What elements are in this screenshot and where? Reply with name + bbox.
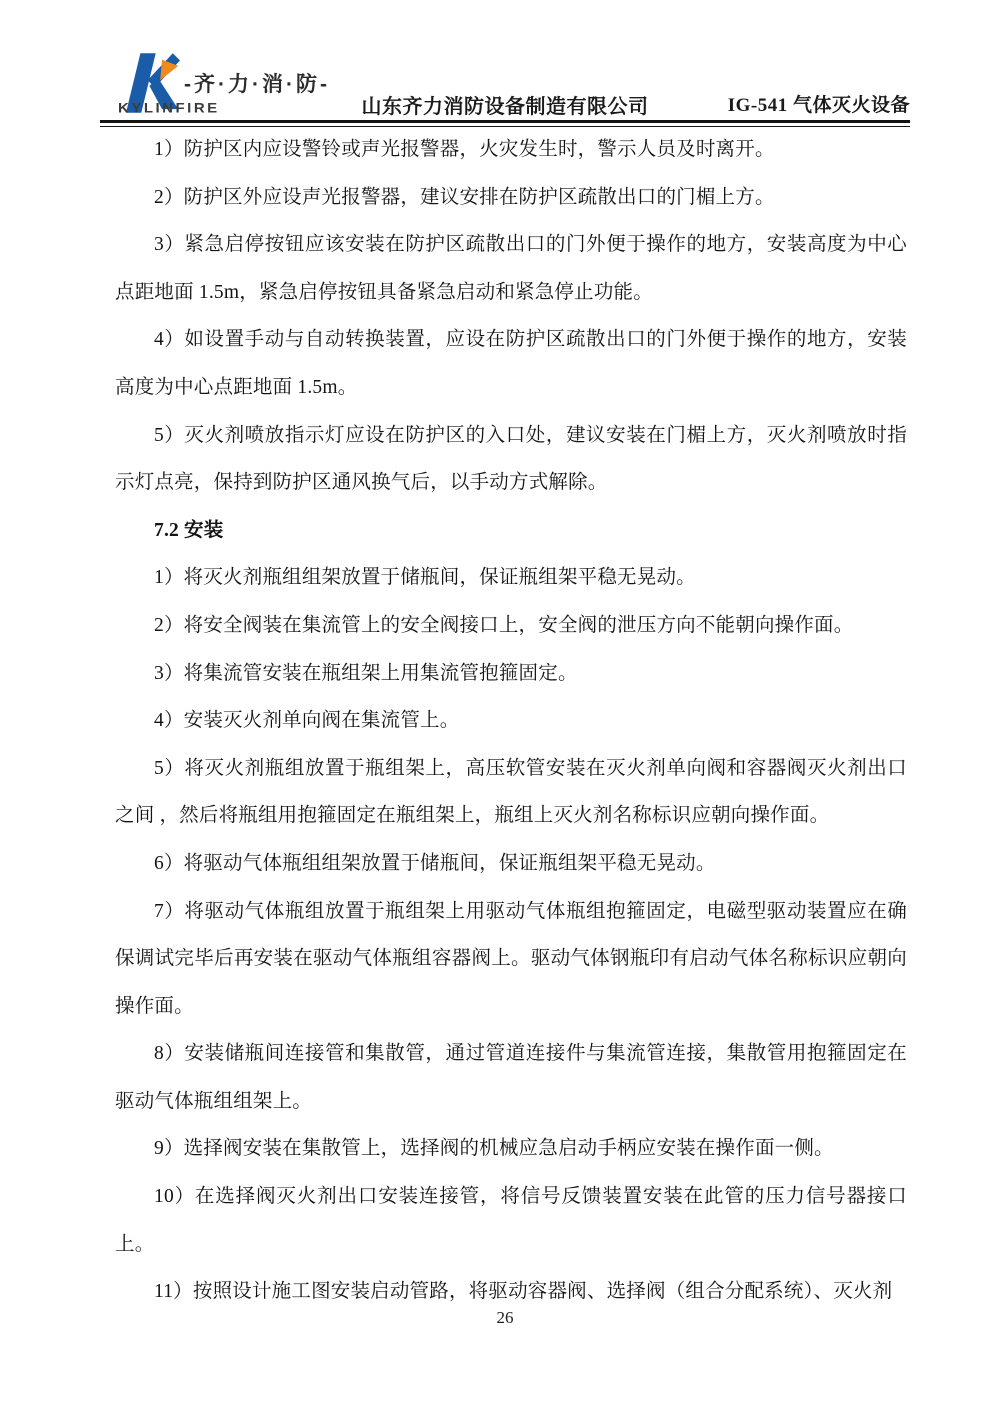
paragraph: 7）将驱动气体瓶组放置于瓶组架上用驱动气体瓶组抱箍固定，电磁型驱动装置应在确保调… xyxy=(115,888,907,1031)
paragraph: 4）安装灭火剂单向阀在集流管上。 xyxy=(115,697,907,745)
document-page: -齐·力·消·防- KYLINFIRE 山东齐力消防设备制造有限公司 IG-54… xyxy=(0,0,1000,1414)
paragraph: 3）紧急启停按钮应该安装在防护区疏散出口的门外便于操作的地方，安装高度为中心点距… xyxy=(115,221,907,316)
page-header: -齐·力·消·防- KYLINFIRE 山东齐力消防设备制造有限公司 IG-54… xyxy=(100,38,910,124)
document-body: 1）防护区内应设警铃或声光报警器，火灾发生时，警示人员及时离开。2）防护区外应设… xyxy=(115,126,907,1316)
paragraph: 2）将安全阀装在集流管上的安全阀接口上，安全阀的泄压方向不能朝向操作面。 xyxy=(115,602,907,650)
paragraph: 5）灭火剂喷放指示灯应设在防护区的入口处，建议安装在门楣上方，灭火剂喷放时指示灯… xyxy=(115,412,907,507)
page-footer: 26 xyxy=(100,1308,910,1328)
paragraph: 5）将灭火剂瓶组放置于瓶组架上，高压软管安装在灭火剂单向阀和容器阀灭火剂出口之间… xyxy=(115,745,907,840)
paragraph: 3）将集流管安装在瓶组架上用集流管抱箍固定。 xyxy=(115,650,907,698)
section-heading: 7.2 安装 xyxy=(115,507,907,555)
paragraph: 8）安装储瓶间连接管和集散管，通过管道连接件与集流管连接，集散管用抱箍固定在驱动… xyxy=(115,1030,907,1125)
paragraph: 1）防护区内应设警铃或声光报警器，火灾发生时，警示人员及时离开。 xyxy=(115,126,907,174)
paragraph: 6）将驱动气体瓶组组架放置于储瓶间，保证瓶组架平稳无晃动。 xyxy=(115,840,907,888)
paragraph: 4）如设置手动与自动转换装置，应设在防护区疏散出口的门外便于操作的地方，安装高度… xyxy=(115,316,907,411)
document-title: IG-541 气体灭火设备 xyxy=(728,90,910,117)
paragraph: 10）在选择阀灭火剂出口安装连接管，将信号反馈装置安装在此管的压力信号器接口上。 xyxy=(115,1173,907,1268)
paragraph: 1）将灭火剂瓶组组架放置于储瓶间，保证瓶组架平稳无晃动。 xyxy=(115,554,907,602)
page-number: 26 xyxy=(497,1308,514,1327)
paragraph: 9）选择阀安装在集散管上，选择阀的机械应急启动手柄应安装在操作面一侧。 xyxy=(115,1125,907,1173)
paragraph: 2）防护区外应设声光报警器，建议安排在防护区疏散出口的门楣上方。 xyxy=(115,174,907,222)
